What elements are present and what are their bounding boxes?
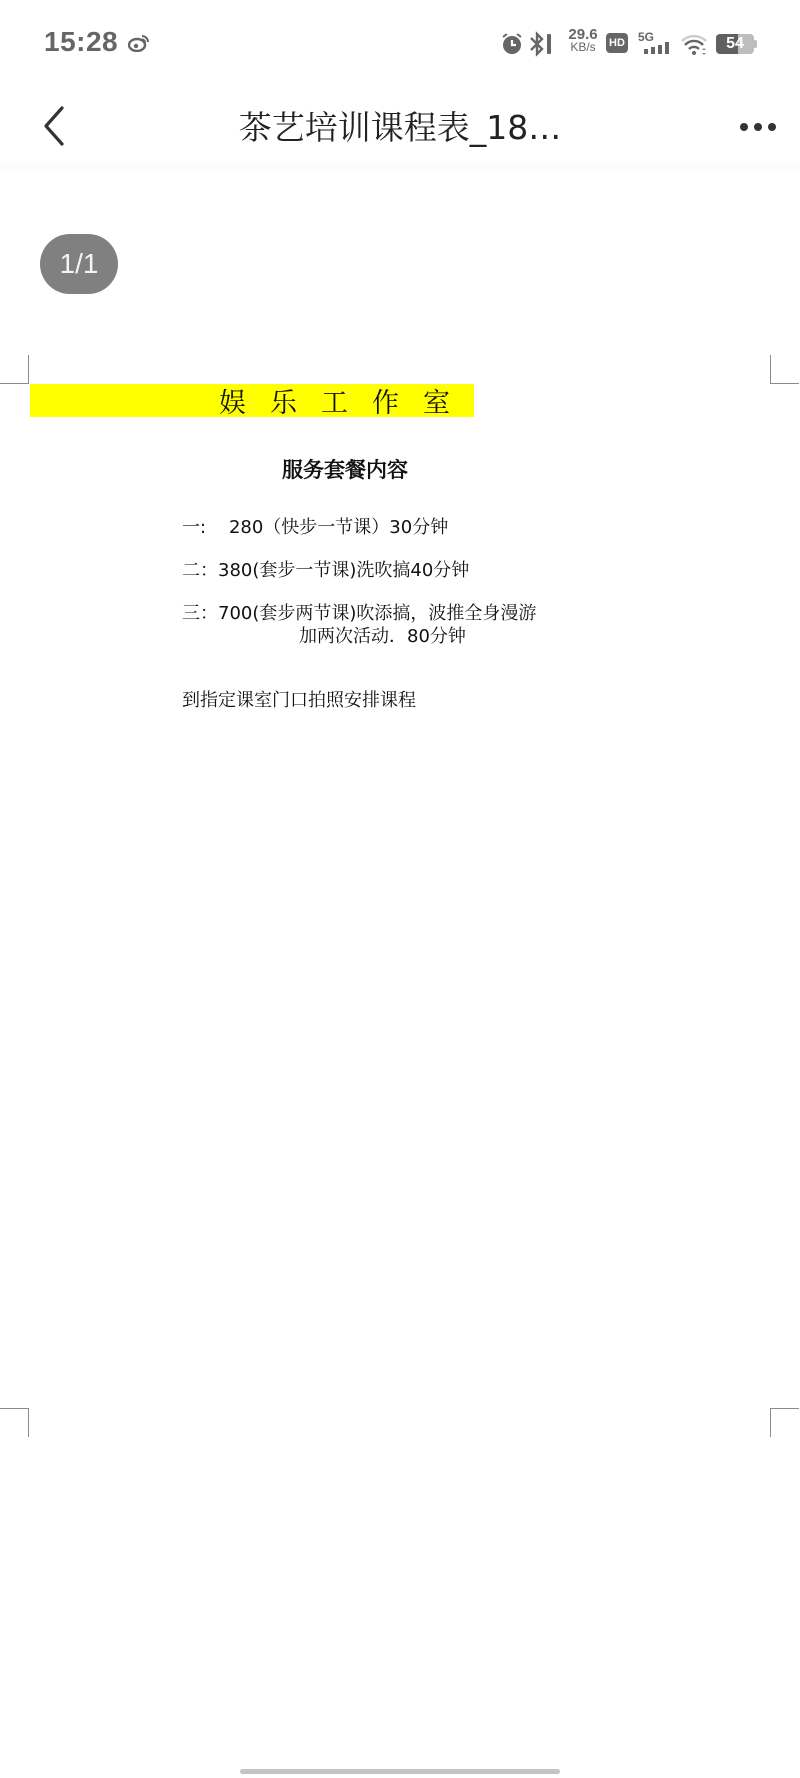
network-speed: 29.6 KB/s (563, 28, 603, 54)
more-horizontal-icon (738, 114, 782, 140)
more-options-button[interactable] (738, 114, 782, 140)
page-corner-bottom-right (770, 1408, 799, 1437)
page-corner-bottom-left (0, 1408, 29, 1437)
home-indicator[interactable] (240, 1769, 560, 1774)
package-item-1: 一: 280（快步一节课）30分钟 (182, 513, 448, 539)
app-bar-divider (0, 163, 800, 171)
page-corner-top-right (770, 355, 799, 384)
battery-icon: 54 (716, 34, 754, 54)
battery-tip (754, 40, 757, 48)
hd-icon: HD (606, 33, 628, 53)
back-button[interactable] (38, 100, 78, 150)
document-title: 茶艺培训课程表_18… (160, 102, 640, 149)
status-time: 15:28 (44, 26, 118, 58)
bluetooth-icon (528, 31, 554, 57)
weibo-icon (128, 34, 150, 52)
document-subheading: 服务套餐内容 (0, 454, 690, 484)
alarm-icon (500, 32, 524, 56)
status-bar: 15:28 29.6 KB/s HD 5G 54 (0, 0, 800, 88)
package-item-2: 二：380(套步一节课)洗吹搞40分钟 (182, 556, 469, 582)
signal-bars-icon (644, 42, 670, 54)
app-bar: 茶艺培训课程表_18… (0, 88, 800, 168)
chevron-left-icon (38, 100, 78, 150)
wifi-icon (680, 34, 708, 56)
page-corner-top-left (0, 355, 29, 384)
document-note: 到指定课室门口拍照安排课程 (182, 686, 416, 712)
page-indicator: 1/1 (40, 234, 118, 294)
document-heading: 娱乐工作室 (30, 381, 474, 420)
package-item-3-continuation: 加两次活动．80分钟 (299, 622, 466, 648)
